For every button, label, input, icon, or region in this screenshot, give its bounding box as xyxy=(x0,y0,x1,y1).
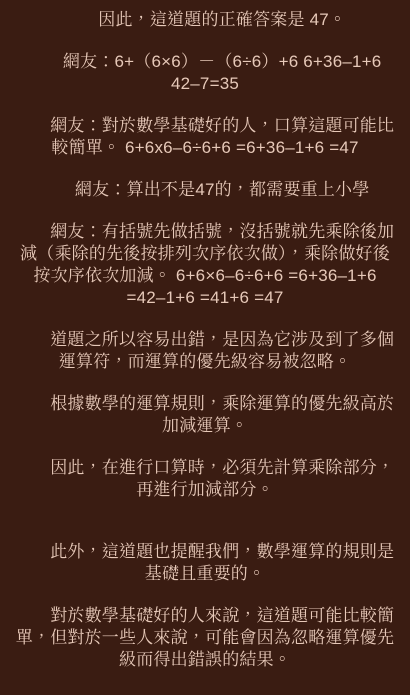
paragraph-line: 此外，這道題也提醒我們，數學運算的規則是 xyxy=(6,541,404,563)
paragraph-line: 減（乘除的先後按排列次序依次做），乘除做好後 xyxy=(6,243,404,265)
article-page: { "theme": { "background": "#3a1c12", "t… xyxy=(0,0,410,695)
paragraph-line: 單，但對於一些人來說，可能會因為忽略運算優先 xyxy=(6,627,404,649)
paragraph-line: 42–7=35 xyxy=(6,73,404,95)
paragraph-line: 網友：6+（6×6）－（6÷6）+6 6+36–1+6 xyxy=(6,51,404,73)
paragraph-line: 加減運算。 xyxy=(6,415,404,437)
paragraph-line: 按次序依次加減。 6+6×6–6÷6+6 =6+36–1+6 xyxy=(6,265,404,287)
conclusion-correct-answer: 因此，這道題的正確答案是 47。 xyxy=(6,9,404,31)
netizen-comment-4: 網友：有括號先做括號，沒括號就先乘除後加減（乘除的先後按排列次序依次做），乘除做… xyxy=(6,221,404,309)
explanation-precedence-rule: 根據數學的運算規則，乘除運算的優先級高於加減運算。 xyxy=(6,393,404,437)
netizen-comment-2: 網友：對於數學基礎好的人，口算這題可能比較簡單。 6+6x6–6÷6+6 =6+… xyxy=(6,115,404,159)
explanation-error-prone: 道題之所以容易出錯，是因為它涉及到了多個運算符，而運算的優先級容易被忽略。 xyxy=(6,329,404,373)
netizen-comment-3: 網友：算出不是47的，都需要重上小學 xyxy=(6,179,404,201)
paragraph-line: 再進行加減部分。 xyxy=(6,479,404,501)
article: 因此，這道題的正確答案是 47。 網友：6+（6×6）－（6÷6）+6 6+36… xyxy=(0,0,410,695)
paragraph-line: 因此，這道題的正確答案是 47。 xyxy=(6,9,404,31)
paragraph-line: 運算符，而運算的優先級容易被忽略。 xyxy=(6,351,404,373)
paragraph-line: 級而得出錯誤的結果。 xyxy=(6,649,404,671)
explanation-mental-math-order: 因此，在進行口算時，必須先計算乘除部分，再進行加減部分。 xyxy=(6,457,404,501)
paragraph-line: 網友：有括號先做括號，沒括號就先乘除後加 xyxy=(6,221,404,243)
closing-summary: 對於數學基礎好的人來說，這道題可能比較簡單，但對於一些人來說，可能會因為忽略運算… xyxy=(6,605,404,671)
paragraph-line: 網友：算出不是47的，都需要重上小學 xyxy=(6,179,404,201)
paragraph-line: 根據數學的運算規則，乘除運算的優先級高於 xyxy=(6,393,404,415)
paragraph-line: =42–1+6 =41+6 =47 xyxy=(6,287,404,309)
paragraph-line: 道題之所以容易出錯，是因為它涉及到了多個 xyxy=(6,329,404,351)
paragraph-line: 較簡單。 6+6x6–6÷6+6 =6+36–1+6 =47 xyxy=(6,137,404,159)
netizen-comment-1: 網友：6+（6×6）－（6÷6）+6 6+36–1+642–7=35 xyxy=(6,51,404,95)
paragraph-line: 基礎且重要的。 xyxy=(6,563,404,585)
paragraph-line: 對於數學基礎好的人來說，這道題可能比較簡 xyxy=(6,605,404,627)
paragraph-line: 因此，在進行口算時，必須先計算乘除部分， xyxy=(6,457,404,479)
reminder-rules-fundamental: 此外，這道題也提醒我們，數學運算的規則是基礎且重要的。 xyxy=(6,541,404,585)
paragraph-line: 網友：對於數學基礎好的人，口算這題可能比 xyxy=(6,115,404,137)
